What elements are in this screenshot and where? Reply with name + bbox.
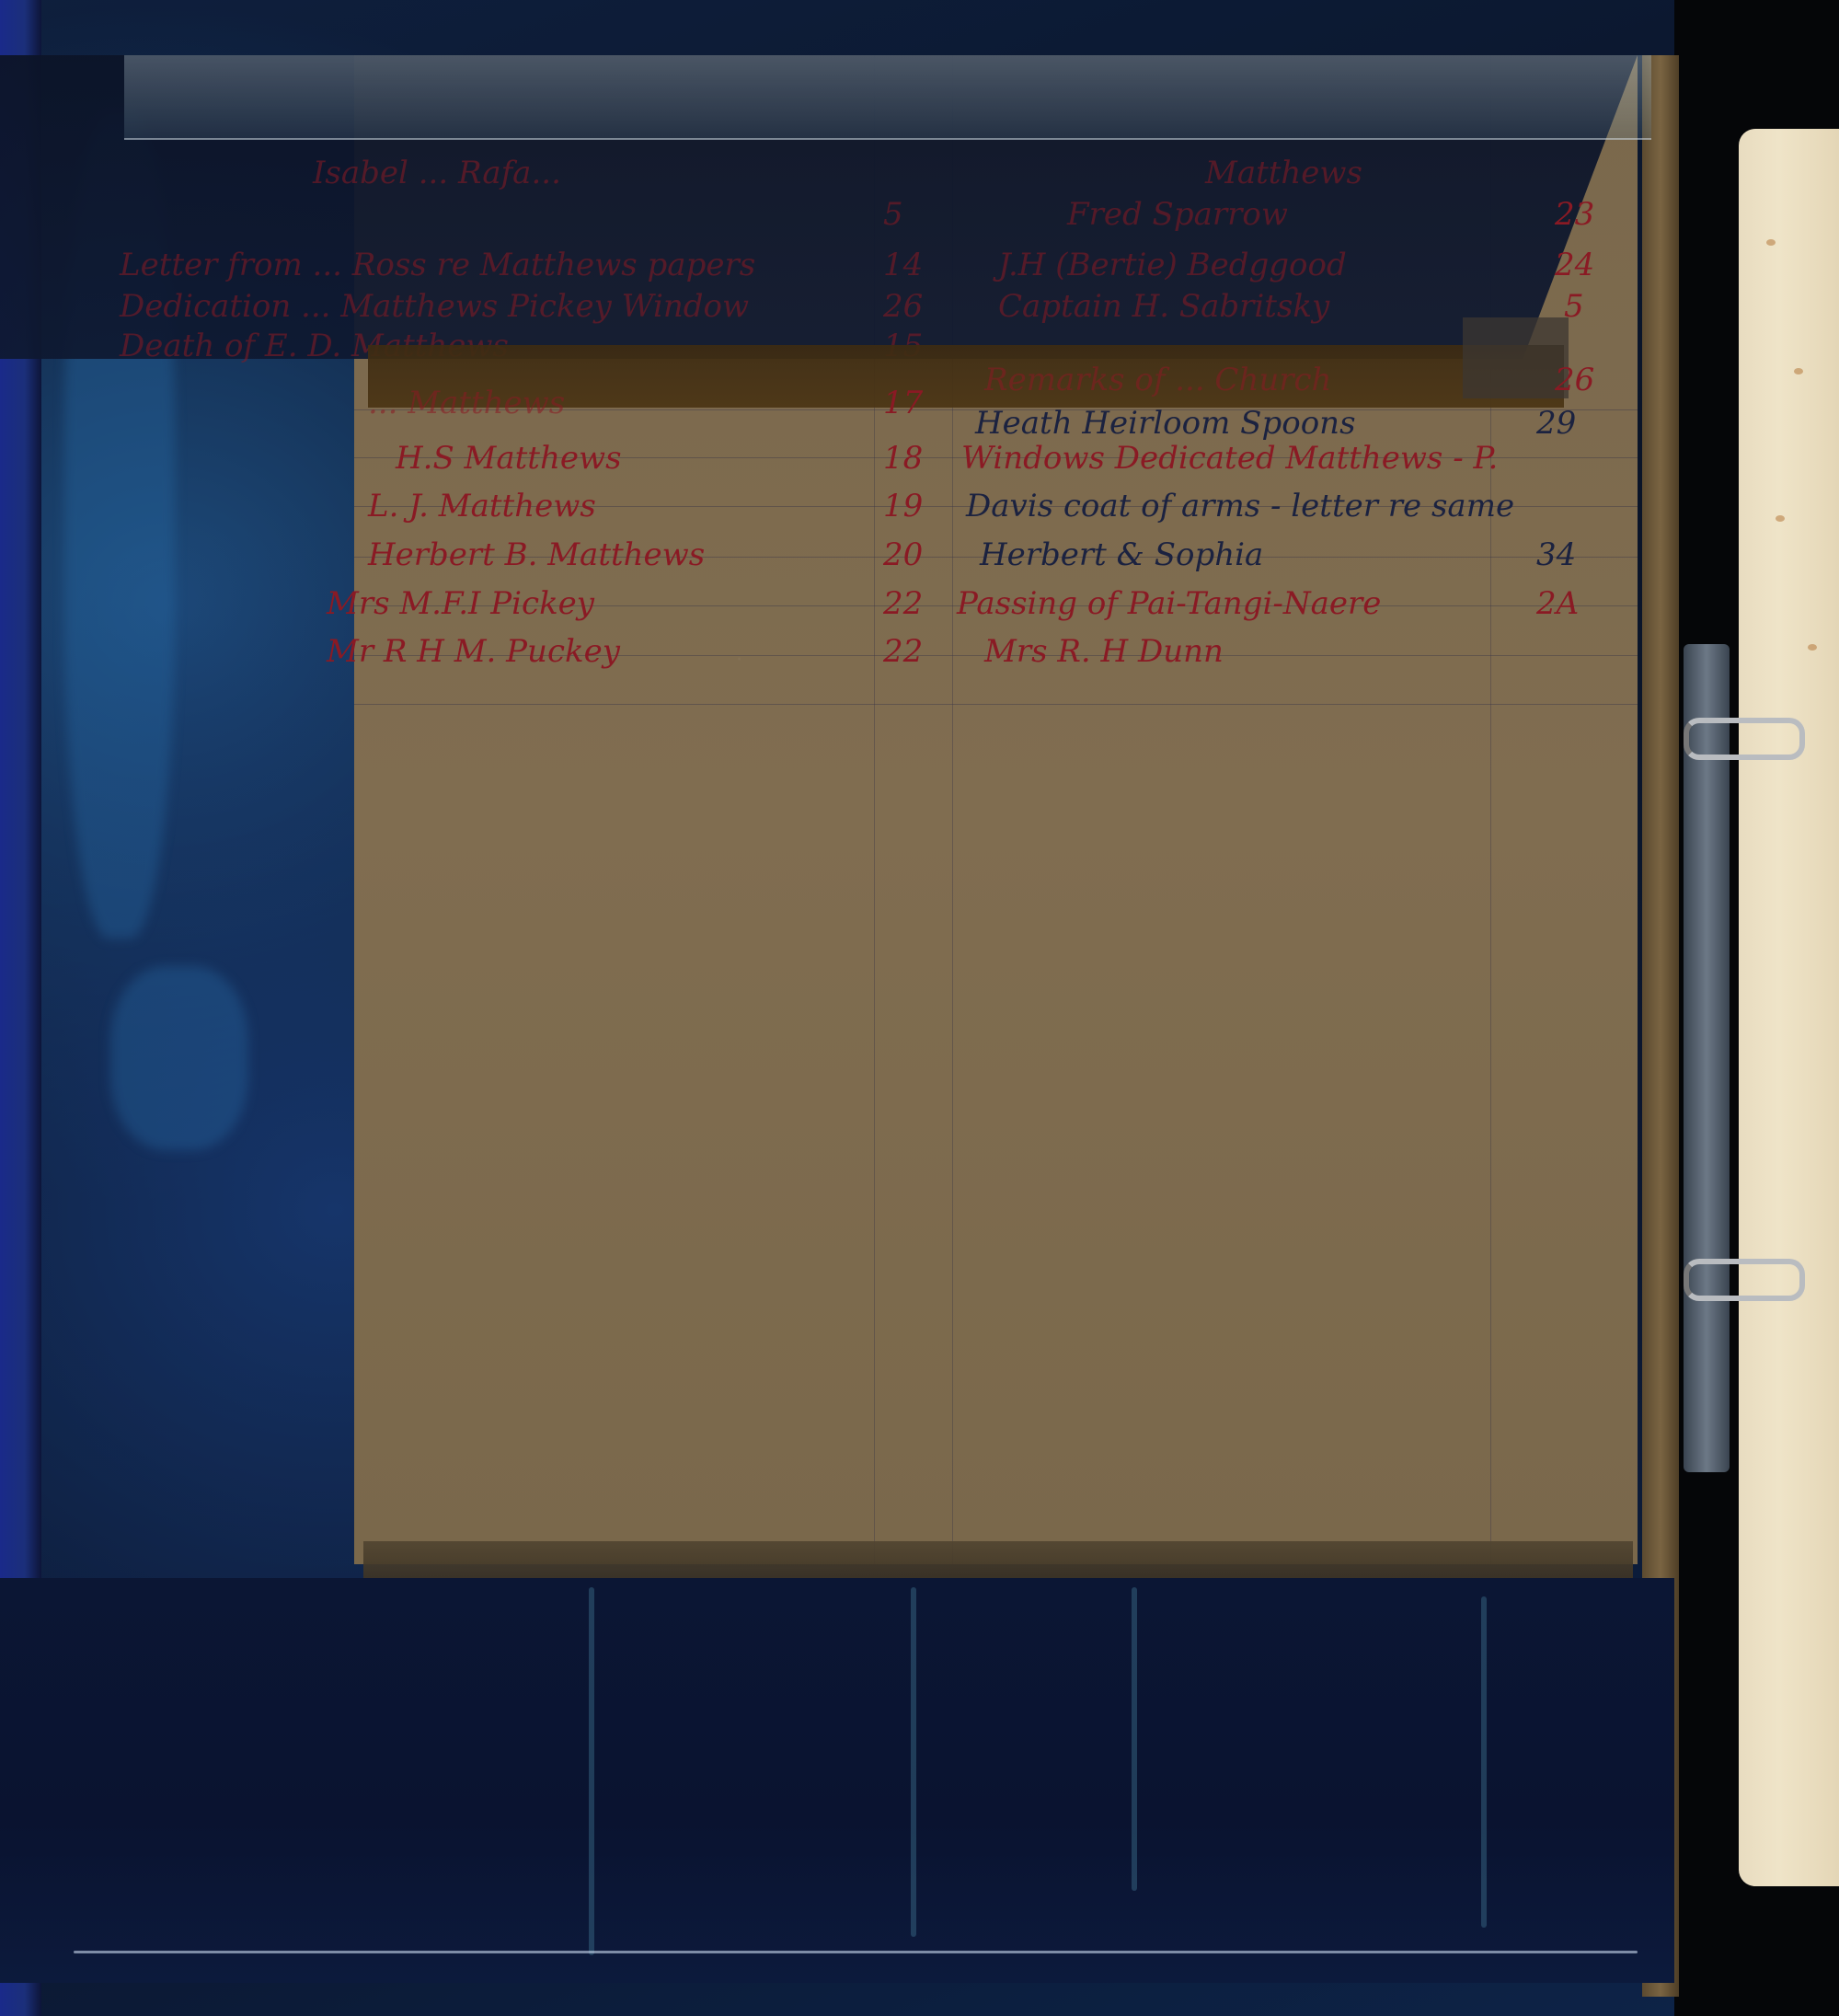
- page-number: 22: [883, 585, 923, 622]
- page-number: 22: [883, 633, 923, 670]
- entry-text: Matthews: [1205, 155, 1362, 191]
- entry-text: Captain H. Sabritsky: [998, 288, 1329, 325]
- plastic-fold: [1481, 1596, 1487, 1928]
- entry-text: Herbert & Sophia: [980, 536, 1263, 573]
- page-number: 23: [1555, 196, 1594, 233]
- index-row: H.S Matthews 18 Windows Dedicated Matthe…: [0, 432, 1839, 480]
- entry-text: Herbert B. Matthews: [368, 536, 705, 573]
- page-number: 24: [1555, 247, 1594, 283]
- ring-mechanism: [1684, 644, 1730, 1472]
- plastic-sleeve: [0, 1578, 1674, 1983]
- index-row: L. J. Matthews 19 Davis coat of arms - l…: [0, 480, 1839, 528]
- foxing-spot: [1766, 239, 1776, 246]
- entry-text: H.S Matthews: [396, 440, 622, 477]
- entry-text: Mrs R. H Dunn: [984, 633, 1224, 670]
- plastic-glare: [74, 1951, 1638, 1953]
- page-number: 2A: [1536, 585, 1579, 622]
- binder-ring-top: [1684, 718, 1805, 760]
- plastic-fold: [911, 1587, 916, 1937]
- entry-text: Letter from ... Ross re Matthews papers: [120, 247, 755, 283]
- page-number: 14: [883, 247, 923, 283]
- binder-ring-bottom: [1684, 1259, 1805, 1301]
- page-number: 26: [883, 288, 923, 325]
- plastic-fold: [589, 1587, 594, 1955]
- entry-text: Isabel ... Rafa...: [313, 155, 561, 191]
- index-row: Mr R H M. Puckey 22 Mrs R. H Dunn: [0, 626, 1839, 674]
- entry-text: L. J. Matthews: [368, 488, 596, 524]
- bottom-tape: [363, 1541, 1633, 1583]
- page-number: 5: [883, 196, 903, 233]
- page-number: 18: [883, 440, 923, 477]
- entry-text: Fred Sparrow: [1067, 196, 1288, 233]
- entry-text: Mrs M.F.I Pickey: [327, 585, 594, 622]
- foxing-spot: [1808, 644, 1817, 651]
- page-number: 19: [883, 488, 923, 524]
- entry-text: Windows Dedicated Matthews - P.: [961, 440, 1498, 477]
- entry-text: J.H (Bertie) Bedggood: [998, 247, 1347, 283]
- index-row: Herbert B. Matthews 20 Herbert & Sophia …: [0, 529, 1839, 577]
- cover-texture: [110, 966, 248, 1150]
- binder-pages: [1739, 129, 1839, 1886]
- clear-tape: [124, 55, 1651, 140]
- plastic-fold: [1132, 1587, 1137, 1891]
- entry-text: Davis coat of arms - letter re same: [966, 488, 1514, 524]
- index-row: 5 Fred Sparrow 23: [0, 189, 1839, 236]
- page-number: 20: [883, 536, 923, 573]
- foxing-spot: [1794, 368, 1803, 374]
- entry-text: Dedication ... Matthews Pickey Window: [120, 288, 749, 325]
- entry-text: Mr R H M. Puckey: [327, 633, 620, 670]
- page-number: 34: [1536, 536, 1576, 573]
- rule: [354, 704, 1638, 705]
- index-row: Mrs M.F.I Pickey 22 Passing of Pai-Tangi…: [0, 578, 1839, 626]
- entry-text: Passing of Pai-Tangi-Naere: [957, 585, 1381, 622]
- foxing-spot: [1776, 515, 1785, 522]
